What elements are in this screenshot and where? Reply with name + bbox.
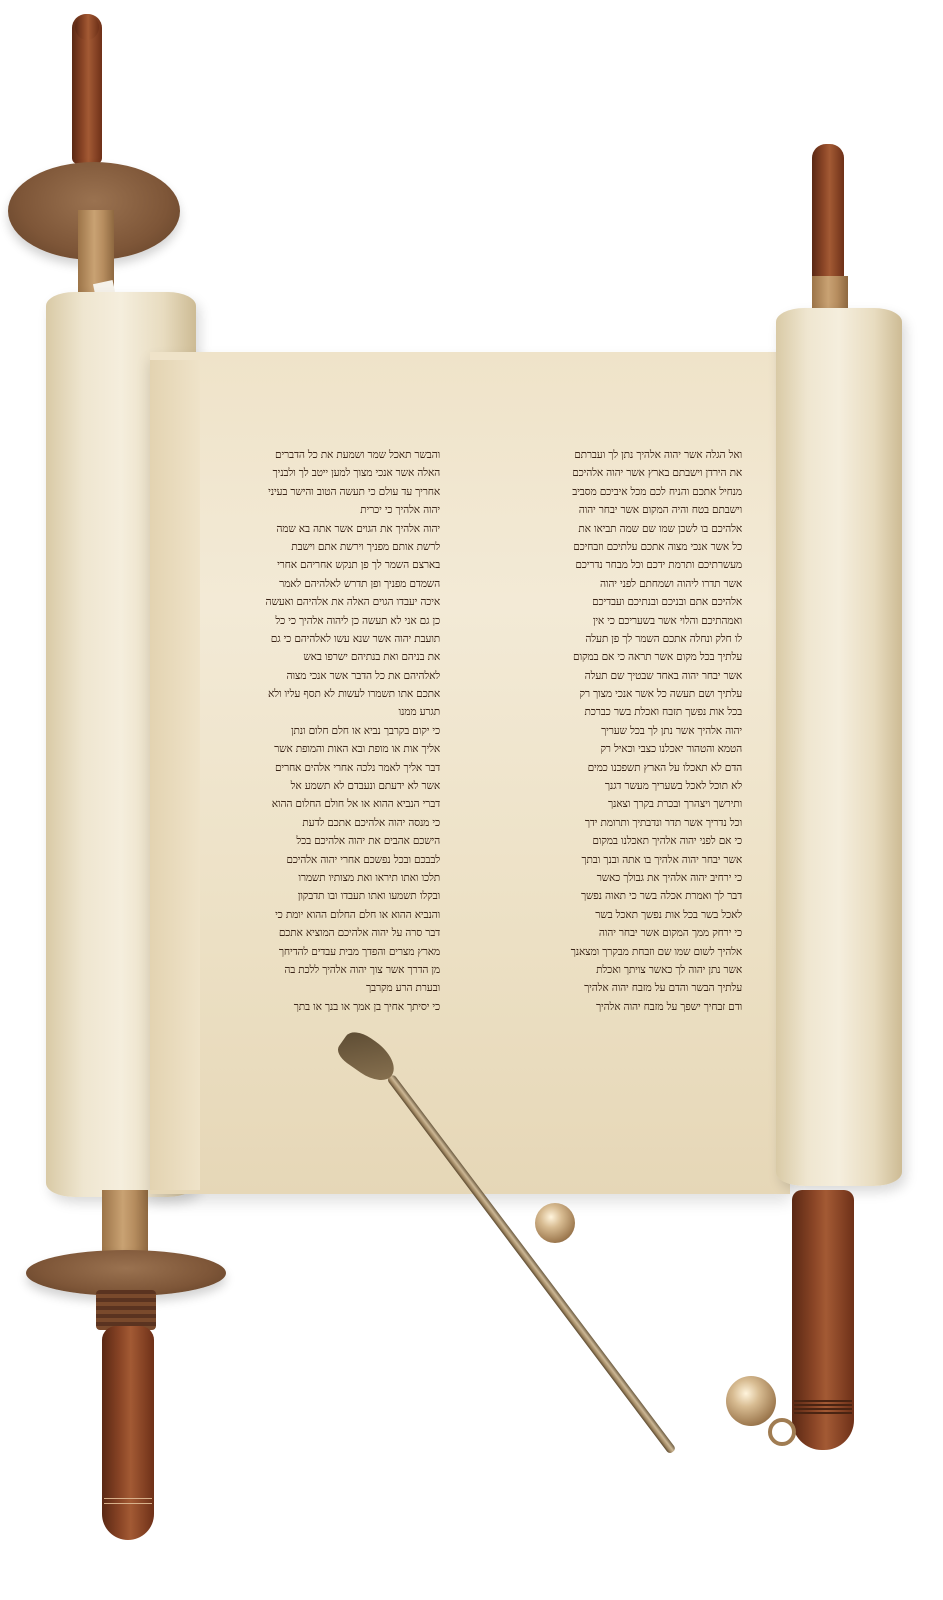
left-handle-groove [104,1498,152,1504]
text-column-right: ואל הגלה אשר יהוה אלהיך נתן לך ועברתם את… [508,446,742,1038]
left-handle [102,1326,154,1540]
text-column-left: והבשר תאכל שמר ושמעת את כל הדברים האלה א… [218,446,440,1046]
right-roller [760,0,943,1600]
right-rolled-parchment [776,308,902,1186]
right-top-finial [812,144,844,284]
parchment-edge-fold [150,360,200,1190]
left-top-finial-knob [75,14,99,40]
yad-middle-knob [535,1203,575,1243]
right-handle-grooves [794,1400,852,1416]
left-threaded-collar [96,1290,156,1330]
